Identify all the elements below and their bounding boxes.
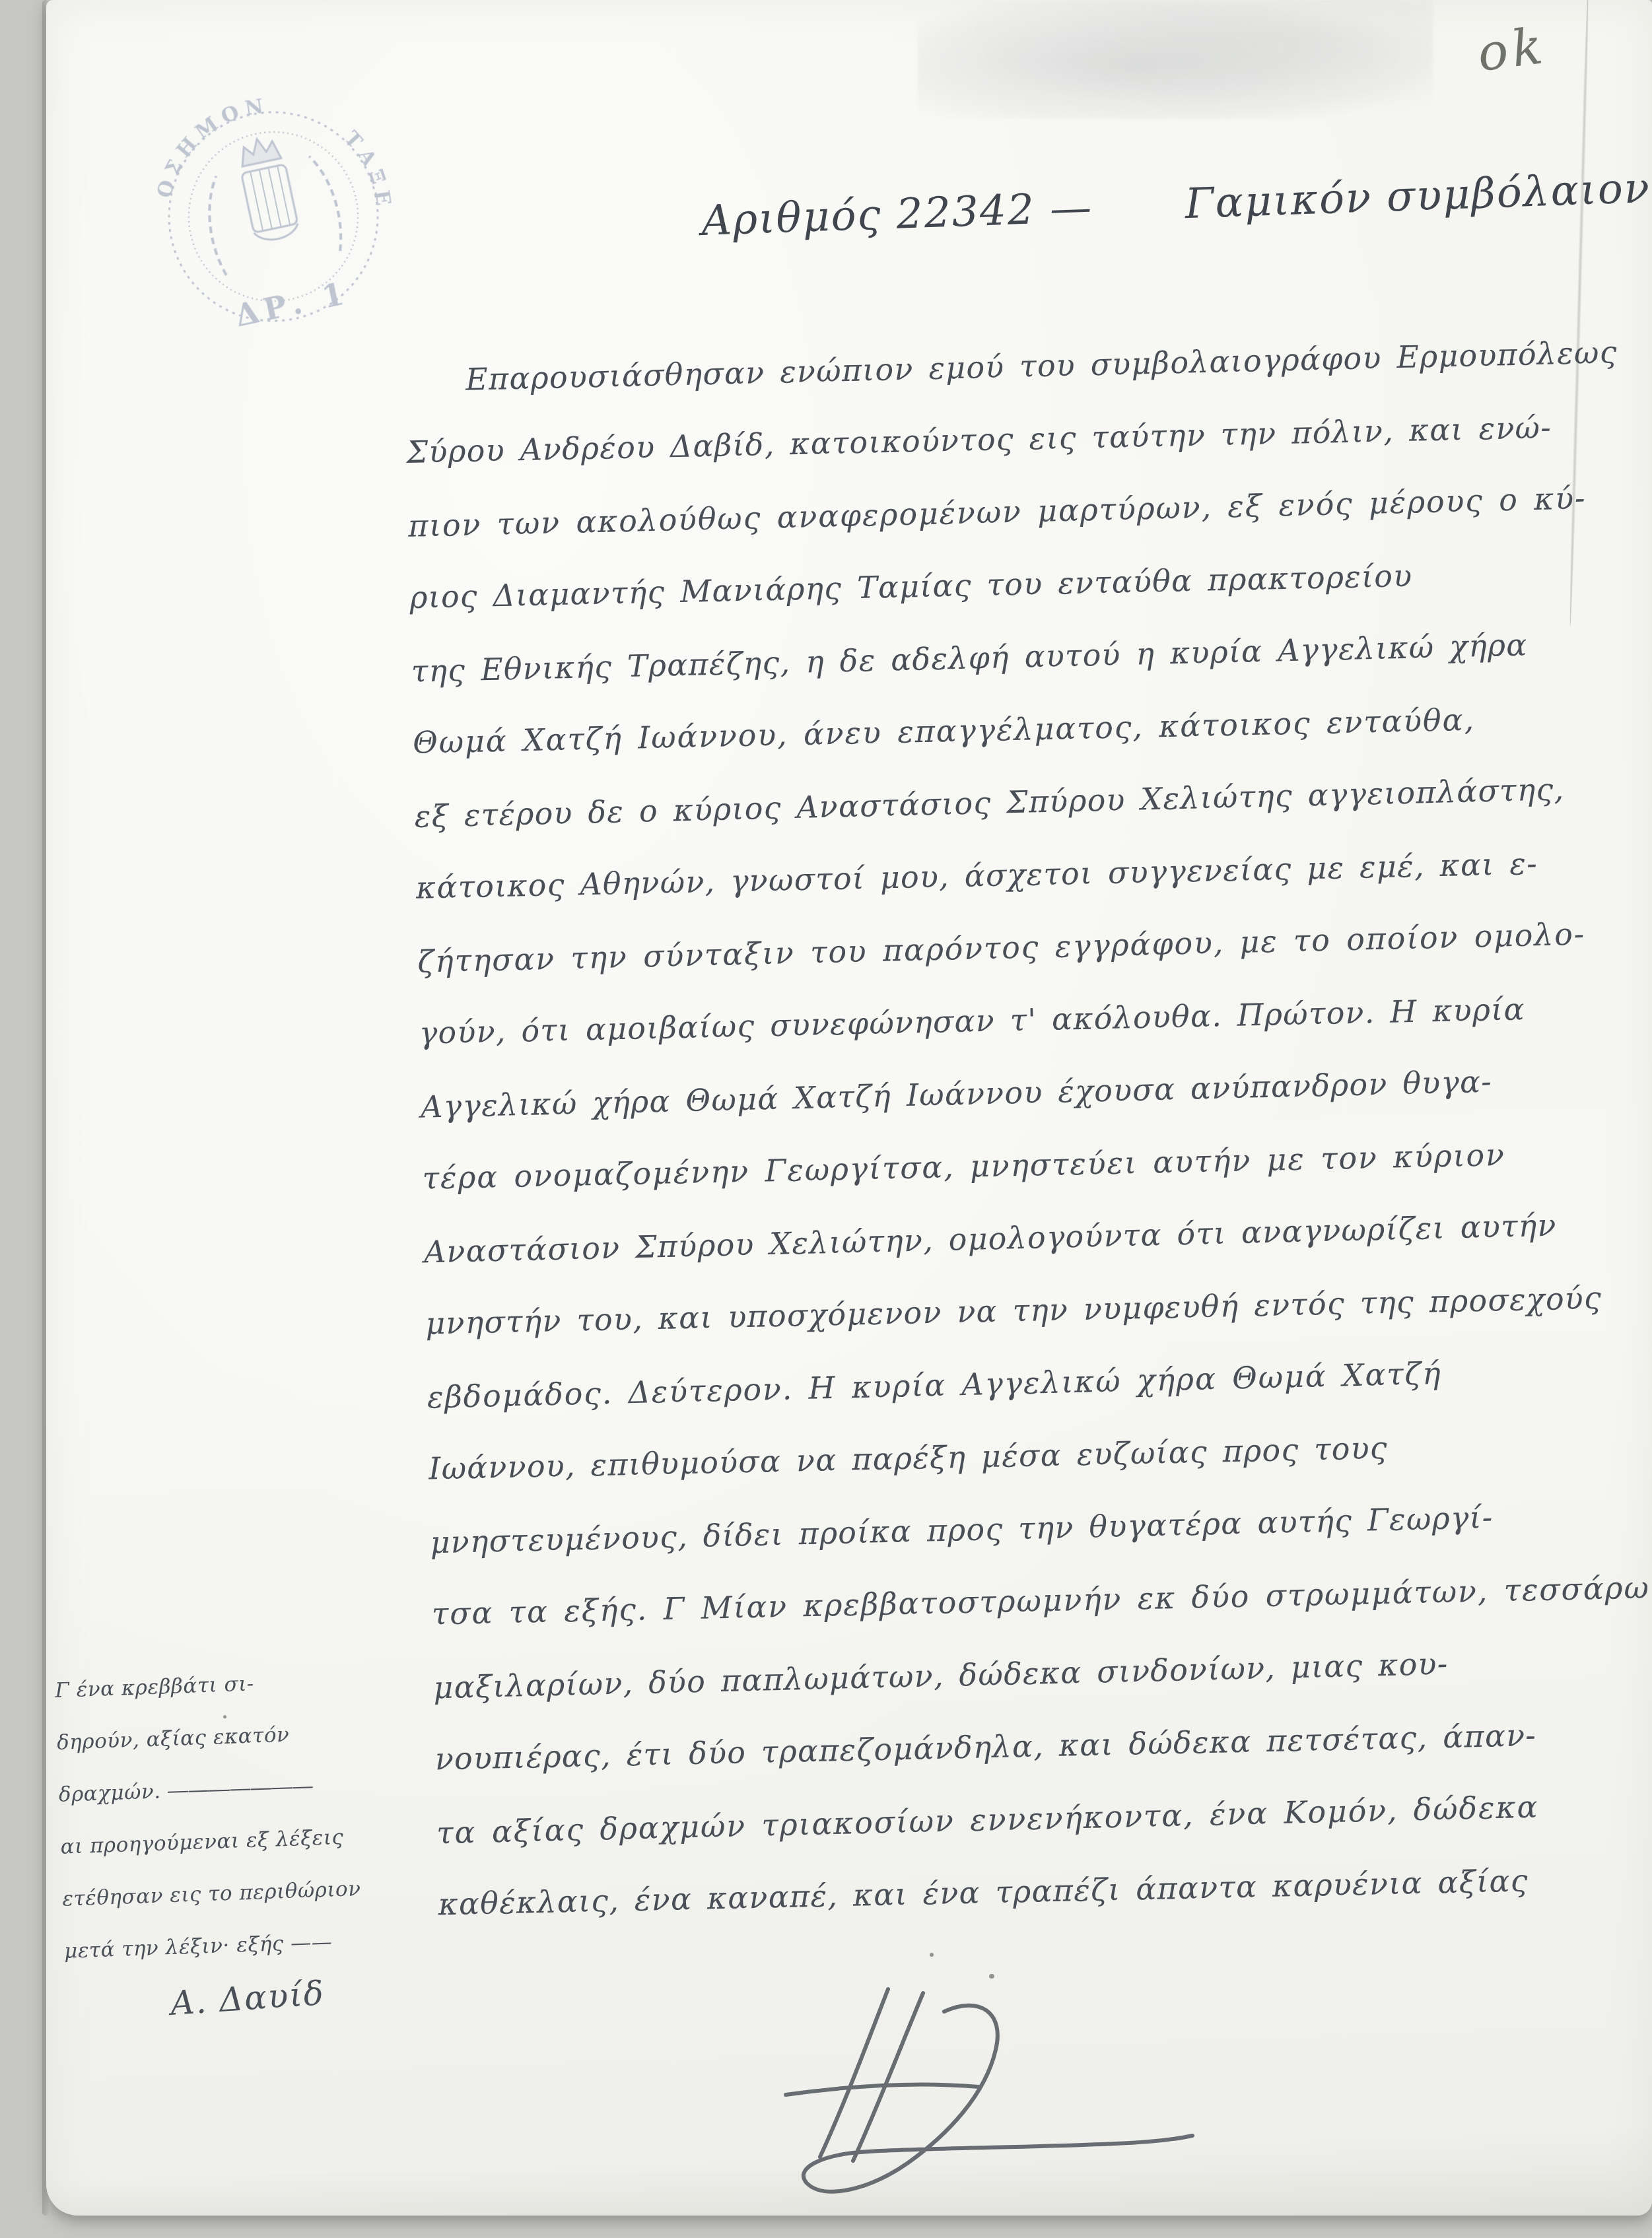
notary-margin-signature: Α. Δαυίδ — [169, 1974, 326, 2023]
corner-mark: ok — [1474, 16, 1550, 83]
notary-monogram — [746, 1977, 1288, 2228]
deed-body: Επαρουσιάσθησαν ενώπιον εμού του συμβολα… — [404, 317, 1652, 1941]
document-number: Αριθμός 22342 — — [701, 183, 1093, 245]
scanned-document: ΟΣΗΜΟΝ ΤΑΞΕ ΔΡ. 1 ok Αριθμός 22342 — Γαμ… — [0, 0, 1652, 2238]
monogram-flourish — [746, 1977, 1288, 2228]
margin-note: Γ ένα κρεββάτι σι- δηρούν, αξίας εκατόν … — [54, 1652, 421, 1978]
handwritten-content: ok Αριθμός 22342 — Γαμικόν συμβόλαιον.) … — [0, 0, 1652, 2238]
document-title: Γαμικόν συμβόλαιον.) — [1185, 162, 1652, 228]
document-header: Αριθμός 22342 — Γαμικόν συμβόλαιον.) — [701, 162, 1652, 245]
